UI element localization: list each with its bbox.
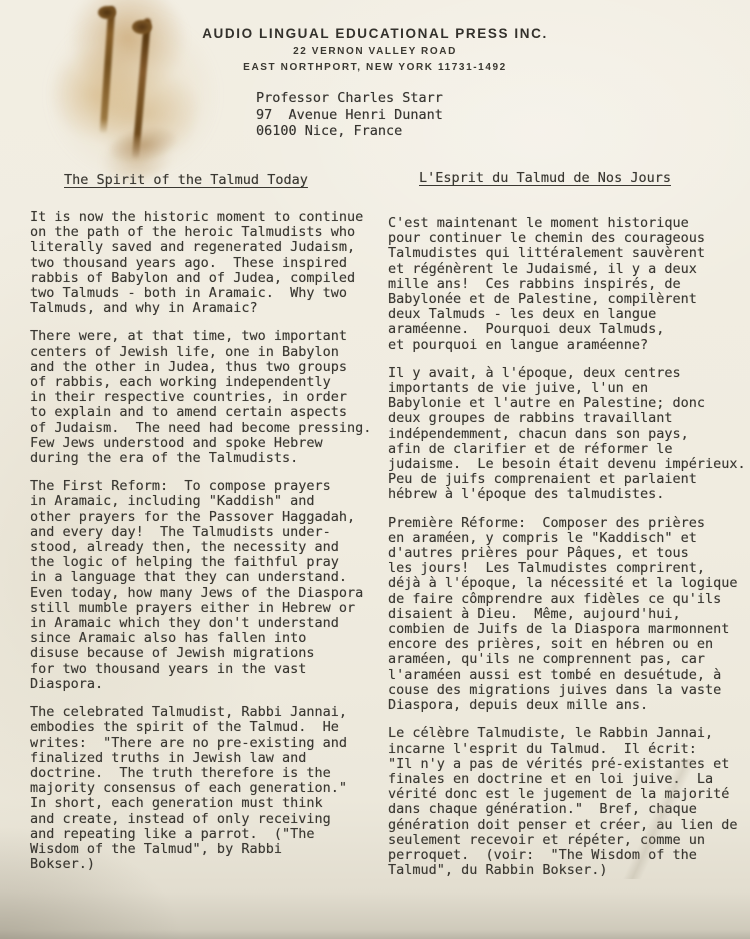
scanned-letter-page: AUDIO LINGUAL EDUCATIONAL PRESS INC. 22 … [0, 0, 750, 939]
company-address-line2: EAST NORTHPORT, NEW YORK 11731-1492 [0, 62, 750, 73]
english-column: It is now the historic moment to continu… [30, 210, 371, 885]
left-column-heading: The Spirit of the Talmud Today [64, 172, 308, 188]
paragraph-french-1: C'est maintenant le moment historique po… [388, 216, 746, 353]
french-column: C'est maintenant le moment historique po… [388, 216, 746, 891]
paragraph-french-4: Le célèbre Talmudiste, le Rabbin Jannai,… [388, 726, 746, 878]
recipient-address-block: Professor Charles Starr 97 Avenue Henri … [256, 90, 443, 140]
paragraph-english-3: The First Reform: To compose prayers in … [30, 479, 371, 692]
paragraph-english-4: The celebrated Talmudist, Rabbi Jannai, … [30, 705, 371, 872]
paragraph-english-1: It is now the historic moment to continu… [30, 210, 371, 316]
paragraph-french-3: Première Réforme: Composer des prières e… [388, 516, 746, 714]
stain-smudge [105, 121, 181, 169]
paragraph-french-2: Il y avait, à l'époque, deux centres imp… [388, 366, 746, 503]
company-name: AUDIO LINGUAL EDUCATIONAL PRESS INC. [0, 26, 750, 41]
right-column-heading: L'Esprit du Talmud de Nos Jours [419, 170, 671, 186]
stain-spot [98, 6, 116, 19]
paragraph-english-2: There were, at that time, two important … [30, 329, 371, 466]
company-address-line1: 22 VERNON VALLEY ROAD [0, 46, 750, 57]
letterhead: AUDIO LINGUAL EDUCATIONAL PRESS INC. 22 … [0, 26, 750, 73]
